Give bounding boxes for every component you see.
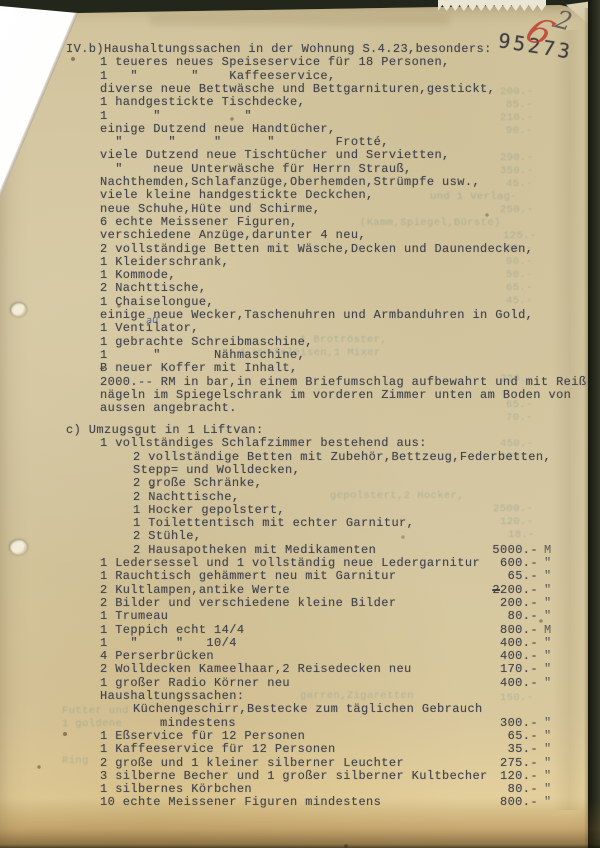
typed-line: 2 vollständige Betten mit Wäsche,Decken … — [100, 243, 533, 256]
typed-line: 1 gebrachte Schreibmaschine, — [100, 336, 313, 349]
dirt-specks — [0, 0, 2, 2]
price-value: 35.- — [458, 743, 538, 756]
price-value: 5000.- — [458, 544, 538, 557]
ghost-bleedthrough-text: 45.- — [506, 178, 533, 190]
price-value: 300.- — [458, 717, 538, 730]
typed-line: 1 Hocker gepolstert, — [133, 504, 285, 517]
typed-line: mindestens — [160, 717, 236, 730]
ghost-bleedthrough-text: 90.- — [506, 125, 533, 137]
ghost-bleedthrough-text: 2500.- — [493, 503, 533, 515]
ghost-bleedthrough-text: (Kamm,Spiegel,Bürste) — [360, 217, 501, 229]
typed-line: 1 " " — [100, 110, 252, 123]
price-value: 400.- — [458, 677, 538, 690]
price-value: 275.- — [458, 757, 538, 770]
typed-line: 2 Stühle, — [133, 530, 201, 543]
ghost-bleedthrough-text: garren,Zigaretten — [300, 690, 414, 702]
typed-line: 1 Kommode, — [100, 269, 176, 282]
currency-mark: " — [544, 584, 551, 597]
price-value: 170.- — [458, 663, 538, 676]
typed-line: einige neue Wecker,Taschenuhren und Armb… — [100, 309, 533, 322]
ghost-bleedthrough-text: 250.- — [500, 204, 534, 216]
typed-line: 4 Perserbrücken — [100, 650, 214, 663]
typed-line: 1 Teppich echt 14/4 — [100, 624, 244, 637]
ghost-bleedthrough-text: 65.- — [506, 399, 533, 411]
price-value: 80.- — [458, 610, 538, 623]
punch-hole-bottom — [9, 539, 28, 555]
typed-line: 1 handgestickte Tischdecke, — [100, 96, 305, 109]
currency-mark: " — [544, 743, 551, 756]
typed-line: 2 Nachttische, — [133, 491, 239, 504]
typed-line: 2 Nachttische, — [100, 282, 206, 295]
ghost-bleedthrough-text: 120.- — [500, 516, 534, 528]
typed-line: diverse neue Bettwäsche und Bettgarnitur… — [100, 83, 495, 96]
price-value: 200.- — [458, 597, 538, 610]
currency-mark: M — [544, 544, 551, 557]
price-value: 65.- — [458, 730, 538, 743]
typed-line: Küchengeschirr,Bestecke zum täglichen Ge… — [133, 703, 483, 716]
typed-line: " neue Unterwäsche für Herrn Strauß, — [100, 163, 412, 176]
typed-line: neue Schuhe,Hüte und Schirme, — [100, 203, 320, 216]
ghost-bleedthrough-text: 1 Würfeleisen,1 Mixer — [240, 347, 381, 359]
typed-line: 2000.-- RM in bar,in einem Briefumschlag… — [100, 376, 586, 389]
typed-line: 2 Kultlampen,antike Werte — [100, 584, 290, 597]
ghost-bleedthrough-text: und 1 Verlag- — [430, 191, 517, 203]
currency-mark: " — [544, 650, 551, 663]
typed-line: aussen angebracht. — [100, 402, 237, 415]
typed-line: 2 Wolldecken Kameelhaar,2 Reisedecken ne… — [100, 663, 412, 676]
ghost-bleedthrough-text: 210.- — [500, 112, 534, 124]
currency-mark: " — [544, 757, 551, 770]
ink-smudge — [150, 14, 450, 26]
ghost-bleedthrough-text: 85.- — [506, 243, 533, 255]
price-value: 400.- — [458, 650, 538, 663]
ghost-bleedthrough-text: 125.- — [503, 230, 537, 242]
ghost-bleedthrough-text: 200.- — [500, 86, 534, 98]
ghost-bleedthrough-text: 350.- — [500, 165, 534, 177]
typed-line: Stepp= und Wolldecken, — [133, 464, 300, 477]
typed-line: 1 großer Radio Körner neu — [100, 677, 290, 690]
handwritten-correction: au — [145, 314, 159, 327]
typed-line: 1 Toilettentisch mit echter Garnitur, — [133, 517, 414, 530]
ghost-bleedthrough-text: 85.- — [506, 99, 533, 111]
ghost-bleedthrough-text: 1 Brotröster, — [300, 334, 387, 346]
ghost-bleedthrough-text: 65.- — [506, 282, 533, 294]
typed-line: 3 silberne Becher und 1 großer silberner… — [100, 770, 488, 783]
typed-line: 1 Eßservice für 12 Personen — [100, 730, 305, 743]
typed-line: 1 Kleiderschrank, — [100, 256, 229, 269]
typed-line: 6 echte Meissener Figuren, — [100, 216, 298, 229]
ghost-bleedthrough-text: 1 goldene — [62, 718, 122, 730]
typed-line: 2 vollständige Betten mit Zubehör,Bettze… — [133, 451, 551, 464]
currency-mark: " — [544, 610, 551, 623]
typed-line: viele kleine handgestickte Deckchen, — [100, 189, 374, 202]
ghost-bleedthrough-text: 220.- — [500, 373, 534, 385]
typed-line: Ƀ neuer Koffer mit Inhalt, — [100, 362, 298, 375]
ghost-bleedthrough-text: 50.- — [506, 269, 533, 281]
currency-mark: " — [544, 663, 551, 676]
price-value: 2200.- — [458, 584, 538, 597]
price-value: 120.- — [458, 770, 538, 783]
ghost-bleedthrough-text: 70.- — [506, 412, 533, 424]
typed-line: 1 " Nähmaschine, — [100, 349, 305, 362]
typed-line: 1 silbernes Körbchen — [100, 783, 252, 796]
ghost-bleedthrough-text: 190.- — [500, 451, 534, 463]
price-value: 400.- — [458, 637, 538, 650]
ghost-bleedthrough-text: 90.- — [506, 256, 533, 268]
typed-line: 2 Hausapotheken mit Medikamenten — [133, 544, 376, 557]
ghost-bleedthrough-text: Ring — [62, 755, 89, 767]
typed-line: 1 Kaffeeservice für 12 Personen — [100, 743, 336, 756]
scan-background: 200.-85.-210.-90.-290.-350.-45.-und 1 Ve… — [0, 0, 600, 848]
typed-line: c) Umzugsgut in 1 Liftvan: — [66, 424, 264, 437]
currency-mark: " — [544, 730, 551, 743]
typed-line: 1 " " 10/4 — [100, 637, 237, 650]
typed-line: 2 große und 1 kleiner silberner Leuchter — [100, 757, 404, 770]
typed-line: Nachthemden,Schlafanzüge,Oberhemden,Strü… — [100, 176, 480, 189]
currency-mark: " — [544, 783, 551, 796]
price-value: 800.- — [458, 624, 538, 637]
price-value: 65.- — [458, 570, 538, 583]
typed-line: 1 vollständiges Schlafzimmer bestehend a… — [100, 437, 427, 450]
currency-mark: " — [544, 597, 551, 610]
currency-mark: " — [544, 637, 551, 650]
currency-mark: " — [544, 717, 551, 730]
ghost-bleedthrough-text: gepolstert,2 Hocker, — [330, 490, 464, 502]
typed-line: 2 große Schränke, — [133, 477, 262, 490]
currency-mark: " — [544, 570, 551, 583]
typed-line: einige Dutzend neue Handtücher, — [100, 123, 336, 136]
typed-line: " " " " Frotté, — [100, 136, 389, 149]
paper-crease — [552, 30, 582, 810]
currency-mark: " — [544, 677, 551, 690]
scan-edge-strip — [588, 0, 600, 848]
paper-sheet: 200.-85.-210.-90.-290.-350.-45.-und 1 Ve… — [0, 0, 600, 848]
punch-hole-top — [10, 302, 27, 317]
typed-line: 1 " " Kaffeeservice, — [100, 70, 336, 83]
bottom-shadow — [0, 800, 600, 848]
typed-line: 1 Ledersessel und 1 vollständig neue Led… — [100, 557, 480, 570]
currency-mark: " — [544, 770, 551, 783]
ghost-bleedthrough-text: 290.- — [500, 152, 534, 164]
typed-line: 2 Bilder und verschiedene kleine Bilder — [100, 597, 396, 610]
typed-line: nägeln im Spiegelschrank im vorderen Zim… — [100, 389, 571, 402]
price-value: 600.- — [458, 557, 538, 570]
ghost-bleedthrough-text: 45.- — [506, 295, 533, 307]
ghost-bleedthrough-text: 150.- — [500, 692, 534, 704]
typed-line: 1 teueres neues Speiseservice für 18 Per… — [100, 56, 450, 69]
ghost-bleedthrough-text: Futter und — [62, 705, 129, 717]
currency-mark: " — [544, 557, 551, 570]
typed-line: verschiedene Anzüge,darunter 4 neu, — [100, 229, 366, 242]
typed-line: 1 Rauchtisch gehämmert neu mit Garnitur — [100, 570, 396, 583]
typed-line: Haushaltungssachen: — [100, 690, 244, 703]
typed-line: 1 Trumeau — [100, 610, 168, 623]
currency-mark: M — [544, 624, 551, 637]
typed-line: IV.b)Haushaltungssachen in der Wohnung S… — [66, 43, 492, 56]
typed-line: viele Dutzend neue Tischtücher und Servi… — [100, 149, 450, 162]
typed-line: 1 Chaiselongue, — [100, 296, 214, 309]
ghost-bleedthrough-text: 450.- — [500, 438, 534, 450]
ghost-bleedthrough-text: 18.- — [508, 529, 535, 541]
price-value: 80.- — [458, 783, 538, 796]
